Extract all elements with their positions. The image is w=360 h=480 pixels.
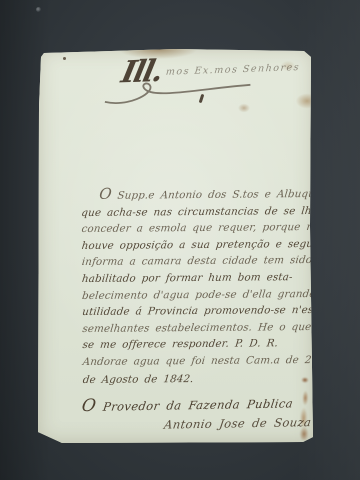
manuscript-line: O Supp.e Antonio dos S.tos e Albuquerque — [80, 184, 312, 205]
manuscript-line: Andorae agua que foi nesta Cam.a de 27 — [82, 352, 314, 371]
signature-title: O Provedor da Fazenda Publica — [80, 392, 323, 416]
manuscript-line: conceder a esmola que requer, porque não — [81, 219, 313, 238]
heading-initials: Ill. — [118, 54, 165, 91]
date-line: de Agosto de 1842. — [82, 370, 314, 389]
ink-speck — [63, 57, 66, 60]
letter-body: O Supp.e Antonio dos S.tos e Albuquerque… — [81, 184, 313, 388]
letter-paper: Ill. mos Ex.mos Senhores O Supp.e Antoni… — [36, 46, 316, 445]
signature-block: O Provedor da Fazenda Publica Antonio Jo… — [82, 392, 323, 433]
heading-honorifics: mos Ex.mos Senhores — [166, 62, 301, 78]
background-speck — [36, 7, 41, 12]
manuscript-line: se me offerece responder. P. D. R. — [82, 335, 314, 354]
manuscript-line: utilidade á Provincia promovendo-se n'es… — [81, 302, 313, 321]
manuscript-line: informa a camara desta cidade tem sido — [81, 252, 313, 271]
letter-heading: Ill. mos Ex.mos Senhores — [121, 49, 310, 100]
manuscript-line: habilitado por formar hum bom esta- — [81, 269, 313, 288]
signature-name: Antonio Jose de Souza — [163, 415, 323, 432]
photo-background: Ill. mos Ex.mos Senhores O Supp.e Antoni… — [0, 0, 360, 480]
